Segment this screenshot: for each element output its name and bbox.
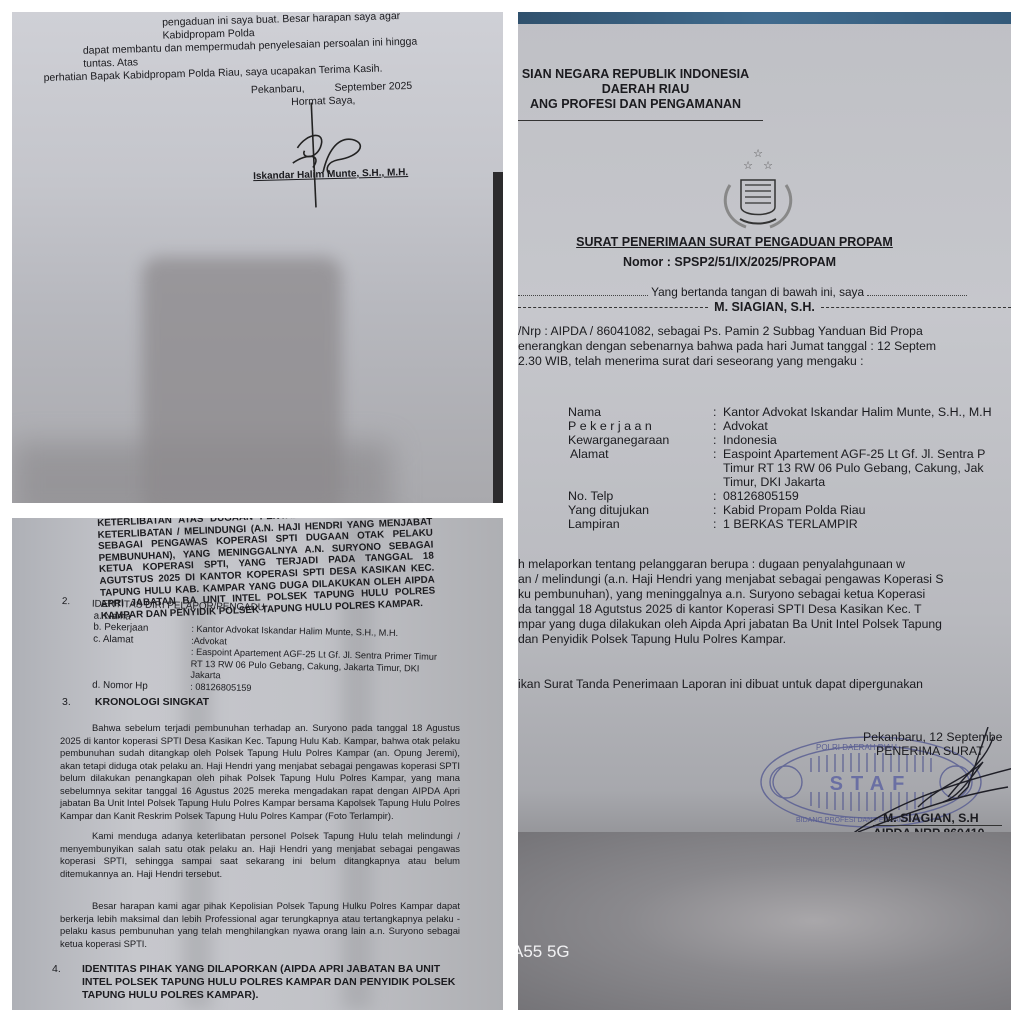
field-label: No. Telp [568,489,713,503]
field-value: Easpoint Apartement AGF-25 Lt Gf. Jl. Se… [723,447,985,489]
field-row: Lampiran : 1 BERKAS TERLAMPIR [568,517,1011,531]
dotted-line [518,295,648,296]
section-reporter-identity: 2. IDENTITAS DIRI PELAPOR/PENGADU a. Nam… [60,598,462,698]
text-line: ku pembunuhan), yang meninggalnya a.n. S… [518,587,1011,602]
text-line: dan Penyidik Polsek Tapung Hulu Polres K… [518,632,1011,647]
field-row: Nama : Kantor Advokat Iskandar Halim Mun… [568,405,1011,419]
section-chronology-heading: 3. KRONOLOGI SINGKAT [62,696,209,708]
field-row: Kewarganegaraan : Indonesia [568,433,1011,447]
text-line: mpar yang duga dilakukan oleh Aipda Apri… [518,617,1011,632]
field-label: Kewarganegaraan [568,433,713,447]
field-value: 08126805159 [723,489,799,503]
field-colon: : [713,447,723,489]
sign-date: September 2025 [334,80,412,95]
svg-text:☆: ☆ [743,160,753,172]
phone-shadow [142,257,342,503]
letter-closing-paragraph: pengaduan ini saya buat. Besar harapan s… [42,12,444,85]
document-title: SURAT PENERIMAAN SURAT PENGADUAN PROPAM [518,235,981,249]
field-label: Nama [568,405,713,419]
text-line: enerangkan dengan sebenarnya bahwa pada … [518,339,1011,354]
section-number: 3. [62,696,92,708]
photo-shadow [518,832,1011,1010]
svg-text:☆: ☆ [763,160,773,172]
field-value: Kantor Advokat Iskandar Halim Munte, S.H… [723,405,992,419]
field-label [92,645,191,682]
document-number: Nomor : SPSP2/51/IX/2025/PROPAM [518,255,976,269]
intro-text: Yang bertanda tangan di bawah ini, saya [651,285,864,299]
handwritten-signature-icon [818,727,1011,847]
letterhead-line-1: SIAN NEGARA REPUBLIK INDONESIA [518,67,773,82]
field-label: Yang ditujukan [568,503,713,517]
field-colon: : [713,405,723,419]
text-line: an / melindungi (a.n. Haji Hendri yang m… [518,572,1011,587]
officer-name: M. SIAGIAN, S.H. [708,300,821,314]
section-number: 2. [62,596,70,608]
officer-statement: /Nrp : AIPDA / 86041082, sebagai Ps. Pam… [518,324,1011,369]
closing-statement: ikan Surat Tanda Penerimaan Laporan ini … [518,677,1011,692]
field-value: : Easpoint Apartement AGF-25 Lt Gf. Jl. … [190,647,461,687]
officer-name-line: M. SIAGIAN, S.H. [518,300,1011,314]
phone-case-edge [518,12,1011,24]
letterhead-line-2: DAERAH RIAU [518,82,773,97]
chronology-paragraph: Bahwa sebelum terjadi pembunuhan terhada… [60,722,460,822]
handwritten-signature-icon [281,101,374,213]
field-value: Kabid Propam Polda Riau [723,503,866,517]
section-title: KRONOLOGI SINGKAT [95,696,209,708]
field-colon: : [713,419,723,433]
field-value: Indonesia [723,433,777,447]
chronology-paragraph: Kami menduga adanya keterlibatan persone… [60,830,460,880]
dashed-line [821,307,1011,308]
letterhead: SIAN NEGARA REPUBLIK INDONESIA DAERAH RI… [518,67,773,112]
paragraph-text: Besar harapan kami agar pihak Kepolisian… [60,900,460,950]
photo-complaint-details: KETERLIBATAN ATAS DUGAAN PENYALAHGUNAAN … [12,518,503,1010]
police-emblem-icon: ☆ ☆ ☆ [708,145,808,235]
photo-letter-closing: pengaduan ini saya buat. Besar harapan s… [12,12,503,503]
paragraph-text: Kami menduga adanya keterlibatan persone… [60,830,460,880]
paper-edge [493,172,503,503]
text-line: /Nrp : AIPDA / 86041082, sebagai Ps. Pam… [518,324,1011,339]
field-label: Pekerjaan [568,419,713,433]
field-label: Lampiran [568,517,713,531]
letter-signature-block: Pekanbaru, September 2025 Hormat Saya, I… [251,80,415,183]
field-label: Alamat [568,447,713,489]
field-row: Pekerjaan : Advokat [568,419,1011,433]
field-colon: : [713,503,723,517]
letterhead-line-3: ANG PROFESI DAN PENGAMANAN [518,97,773,112]
photo-propam-receipt: SIAN NEGARA REPUBLIK INDONESIA DAERAH RI… [518,12,1011,1010]
text-line: h melaporkan tentang pelanggaran berupa … [518,557,1011,572]
dashed-line [518,307,708,308]
field-value: 1 BERKAS TERLAMPIR [723,517,858,531]
field-colon: : [713,433,723,447]
intro-line: Yang bertanda tangan di bawah ini, saya [518,285,1011,299]
field-row: Alamat : Easpoint Apartement AGF-25 Lt G… [568,447,1011,489]
text-line: da tanggal 18 Agutstus 2025 di kantor Ko… [518,602,1011,617]
field-colon: : [713,489,723,503]
dotted-line [867,295,967,296]
text-line: 2.30 WIB, telah menerima surat dari sese… [518,354,1011,369]
chronology-paragraph: Besar harapan kami agar pihak Kepolisian… [60,900,460,950]
field-row: No. Telp : 08126805159 [568,489,1011,503]
field-row: Yang ditujukan : Kabid Propam Polda Riau [568,503,1011,517]
section-number: 4. [52,963,82,1002]
complainant-fields: Nama : Kantor Advokat Iskandar Halim Mun… [568,405,1011,531]
field-colon: : [713,517,723,531]
field-label: d. Nomor Hp [92,679,190,693]
letterhead-divider [518,120,763,121]
svg-text:☆: ☆ [753,148,763,160]
section-title: IDENTITAS PIHAK YANG DILAPORKAN (AIPDA A… [82,963,472,1002]
paragraph-text: Bahwa sebelum terjadi pembunuhan terhada… [60,722,460,822]
field-value: Advokat [723,419,768,433]
section-reported-party: 4. IDENTITAS PIHAK YANG DILAPORKAN (AIPD… [52,963,472,1002]
violation-description: h melaporkan tentang pelanggaran berupa … [518,557,1011,647]
phone-model-watermark: A55 5G [518,942,570,962]
